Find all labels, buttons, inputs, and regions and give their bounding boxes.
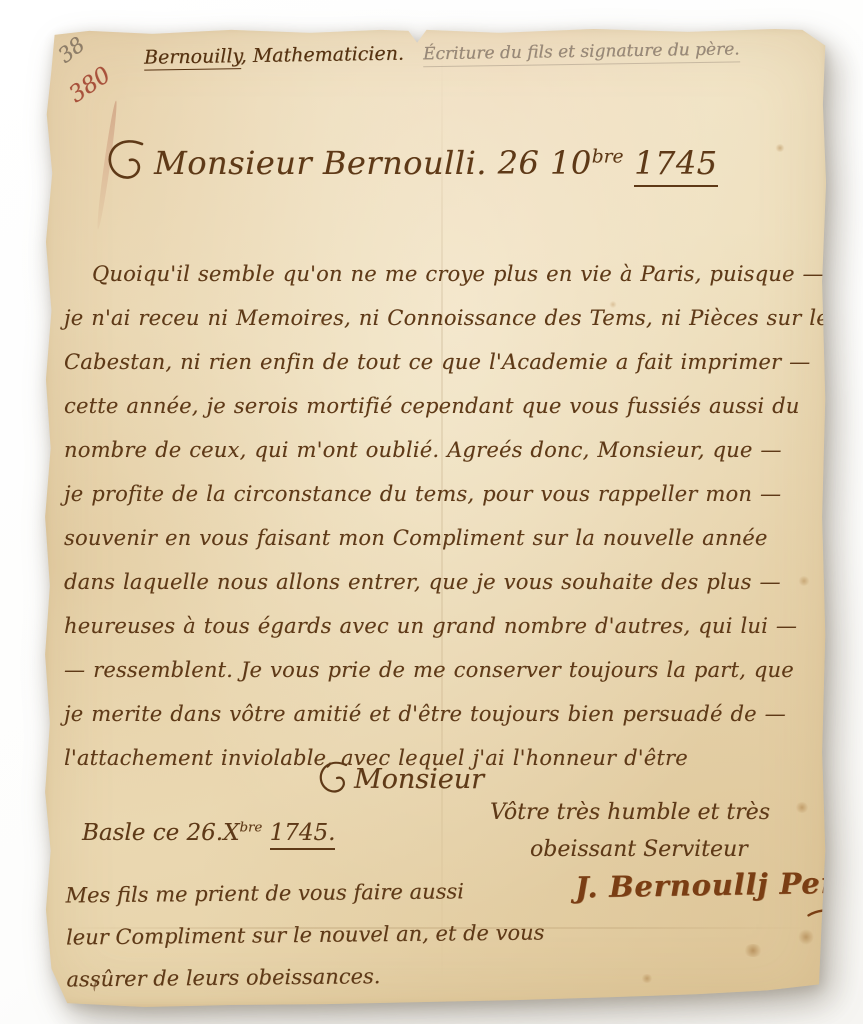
dateline-abbr: bre xyxy=(239,820,262,835)
dateline-year: 1745. xyxy=(270,820,336,850)
heading-date-year: 1745 xyxy=(634,144,717,187)
postscript: Mes fils me prient de vous faire aussi l… xyxy=(65,870,536,1001)
docket-title: , Mathematicien. xyxy=(241,43,405,68)
closing-address: Monsieur xyxy=(316,760,484,800)
foxing-spot xyxy=(641,974,653,983)
letter-photo: 38 380 Bernouilly, Mathematicien. Écritu… xyxy=(42,26,830,1008)
docket-ink: Bernouilly, Mathematicien. xyxy=(144,43,404,71)
body-line: — ressemblent. Je vous prie de me conser… xyxy=(64,648,814,692)
body-line: dans laquelle nous allons entrer, que je… xyxy=(64,560,814,604)
foxing-spot xyxy=(743,944,763,957)
signature: J. Bernoullj Pere xyxy=(575,866,856,905)
body-line: cette année, je serois mortifié cependan… xyxy=(64,384,814,428)
docket-name: Bernouilly xyxy=(144,45,241,71)
postscript-line: assûrer de leurs obeissances. xyxy=(66,954,536,1001)
fold-crease-vertical xyxy=(441,46,443,989)
signature-text: J. Bernoullj Pere xyxy=(575,866,856,905)
body-line: je profite de la circonstance du tems, p… xyxy=(64,472,814,516)
postscript-line: Mes fils me prient de vous faire aussi xyxy=(65,870,535,917)
heading-date-abbr: bre xyxy=(592,146,624,167)
heading-flourish-icon xyxy=(104,138,148,188)
foxing-spot xyxy=(318,321,325,327)
body-line: je n'ai receu ni Memoires, ni Connoissan… xyxy=(64,296,814,340)
closing-address-label: Monsieur xyxy=(354,764,484,795)
valediction: Vôtre très humble et très obeissant Serv… xyxy=(490,794,834,868)
body-line: heureuses à tous égards avec un grand no… xyxy=(64,604,814,648)
foxing-spot xyxy=(775,144,785,152)
heading-salutation: Monsieur Bernoulli. xyxy=(154,144,487,182)
foxing-spot xyxy=(795,802,809,813)
dateline-place: Basle ce 26.X xyxy=(82,820,239,846)
heading-date: 26 10bre 1745 xyxy=(498,144,718,182)
body-line: nombre de ceux, qui m'ont oublié. Agreés… xyxy=(64,428,814,472)
body-line: souvenir en vous faisant mon Compliment … xyxy=(64,516,814,560)
valediction-line: Vôtre très humble et très xyxy=(490,794,834,831)
postscript-line: leur Compliment sur le nouvel an, et de … xyxy=(66,912,536,959)
dateline: Basle ce 26.Xbre 1745. xyxy=(82,820,335,846)
valediction-line: obeissant Serviteur xyxy=(490,831,834,868)
archival-number-top: 38 xyxy=(53,32,89,67)
foxing-spot xyxy=(798,929,814,945)
body-line: Quoiqu'il semble qu'on ne me croye plus … xyxy=(64,252,814,296)
archival-number-bottom: 380 xyxy=(64,62,115,108)
letter-paper: 38 380 Bernouilly, Mathematicien. Écritu… xyxy=(42,26,830,1008)
heading-date-day: 26 10 xyxy=(498,144,592,182)
letter-heading: Monsieur Bernoulli. 26 10bre 1745 xyxy=(104,138,718,188)
docket-pencil-note: Écriture du fils et signature du père. xyxy=(423,39,740,67)
closing-flourish-icon xyxy=(316,760,350,800)
body-paragraph: Quoiqu'il semble qu'on ne me croye plus … xyxy=(64,252,814,780)
body-line: je merite dans vôtre amitié et d'être to… xyxy=(64,692,814,736)
body-line: Cabestan, ni rien enfin de tout ce que l… xyxy=(64,340,814,384)
fold-crease-horizontal xyxy=(58,927,814,929)
signature-paraph-icon xyxy=(806,906,850,921)
